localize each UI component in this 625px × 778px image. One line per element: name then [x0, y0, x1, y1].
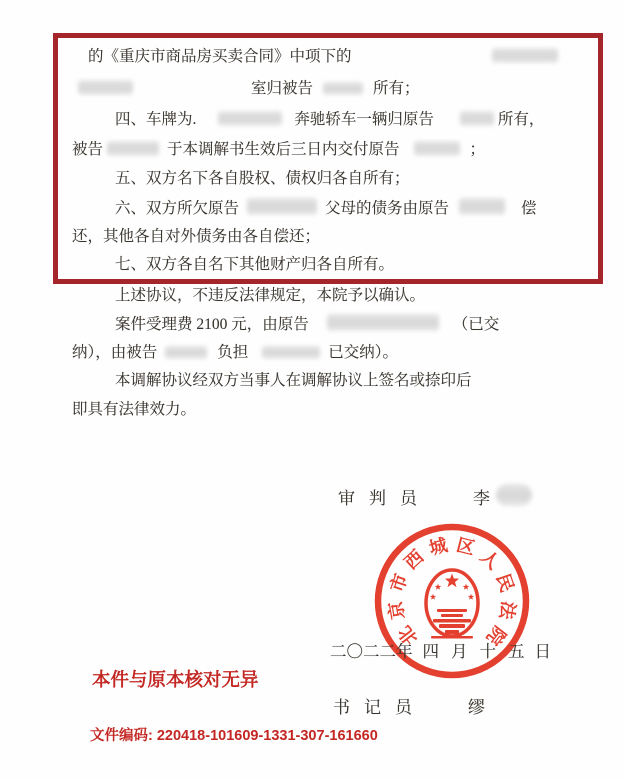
redaction-blur [165, 346, 207, 359]
document-line: 的《重庆市商品房买卖合同》中项下的 [88, 47, 558, 67]
spacer [133, 92, 251, 93]
document-line: 本件与原本核对无异 [92, 668, 259, 692]
spacer [468, 656, 480, 657]
document-line: 纳），由被告负担已交纳）。 [72, 343, 398, 363]
line-text: 判 [369, 489, 386, 508]
spacer [313, 92, 323, 93]
spacer [352, 60, 492, 61]
line-text: 员 [395, 698, 412, 717]
spacer [496, 656, 508, 657]
document-line: 即具有法律效力。 [72, 400, 196, 420]
redaction-blur [218, 111, 282, 126]
document-line: 四、车牌为.奔驰轿车一辆归原告所有， [115, 110, 544, 130]
spacer [460, 153, 470, 154]
document-line: 案件受理费 2100 元，由原告（已交 [115, 314, 499, 335]
line-text: 缪 [468, 698, 485, 717]
document-line: 书记员缪 [333, 697, 485, 719]
document-text-layer: 的《重庆市商品房买卖合同》中项下的室归被告所有；四、车牌为.奔驰轿车一辆归原告所… [0, 0, 625, 778]
line-text: 所有， [498, 111, 545, 128]
redaction-blur [107, 141, 159, 156]
document-line: 二〇二二年四月十五日 [330, 641, 551, 662]
line-text: 审 [338, 489, 355, 508]
spacer [157, 356, 165, 357]
spacer [159, 153, 167, 154]
document-line: 审判员李 [338, 484, 532, 510]
document-line: 七、双方各自名下其他财产归各自所有。 [115, 255, 394, 275]
line-text: 纳），由被告 [72, 344, 157, 361]
line-text: 偿 [521, 200, 537, 217]
document-line: 还，其他各自对外债务由各自偿还； [72, 227, 320, 247]
spacer [317, 212, 325, 213]
redaction-blur [414, 141, 460, 156]
line-text: 六、双方所欠原告 [115, 200, 239, 217]
spacer [355, 503, 369, 504]
line-text: 父母的债务由原告 [325, 200, 449, 217]
line-text: 还，其他各自对外债务由各自偿还； [72, 228, 320, 245]
line-text: 已交纳）。 [328, 344, 398, 361]
line-text: 文件编码: 220418-101609-1331-307-161660 [90, 728, 378, 744]
scanned-court-document: 北京市西城区人民法院 的《重庆市商品房买卖合同》中项下的室归被告所有；四、车牌为… [0, 0, 625, 778]
line-text: 四 [423, 642, 440, 661]
spacer [413, 656, 423, 657]
spacer [363, 92, 373, 93]
spacer [309, 328, 327, 329]
spacer [350, 712, 364, 713]
spacer [439, 656, 451, 657]
redaction-blur [496, 484, 532, 506]
redaction-blur [327, 314, 439, 331]
line-text: 的《重庆市商品房买卖合同》中项下的 [88, 48, 352, 65]
line-text: 书 [333, 698, 350, 717]
spacer [386, 503, 400, 504]
line-text: 五、双方名下各自股权、债权归各自所有； [115, 170, 410, 187]
line-text: 月 [451, 642, 468, 661]
line-text: 十 [480, 642, 497, 661]
spacer [239, 212, 247, 213]
spacer [434, 123, 460, 124]
spacer [490, 503, 496, 504]
redaction-blur [262, 346, 320, 359]
spacer [196, 123, 218, 124]
line-text: 李 [473, 489, 490, 508]
redaction-blur [459, 198, 505, 215]
spacer [282, 123, 294, 124]
line-text: 七、双方各自名下其他财产归各自所有。 [115, 256, 394, 273]
spacer [400, 153, 414, 154]
document-line: 五、双方名下各自股权、债权归各自所有； [115, 169, 410, 189]
redaction-blur [78, 80, 133, 95]
spacer [248, 356, 262, 357]
spacer [525, 656, 535, 657]
line-text: 即具有法律效力。 [72, 401, 196, 418]
document-line: 文件编码: 220418-101609-1331-307-161660 [90, 727, 378, 746]
spacer [449, 212, 459, 213]
redaction-blur [492, 48, 558, 63]
document-line: 上述协议，不违反法律规定，本院予以确认。 [115, 286, 425, 306]
line-text: 于本调解书生效后三日内交付原告 [167, 141, 400, 158]
line-text: 被告 [72, 141, 103, 158]
spacer [505, 212, 521, 213]
line-text: 二〇二二年 [330, 642, 413, 661]
document-line: 室归被告所有； [78, 79, 420, 99]
line-text: （已交 [453, 316, 500, 333]
redaction-blur [323, 82, 363, 95]
line-text: 四、车牌为. [115, 111, 196, 128]
line-text: 本调解协议经双方当事人在调解协议上签名或捺印后 [115, 372, 472, 389]
line-text: 室归被告 [251, 80, 313, 97]
line-text: 上述协议，不违反法律规定，本院予以确认。 [115, 287, 425, 304]
line-text: 员 [400, 489, 417, 508]
spacer [439, 328, 453, 329]
line-text: 案件受理费 2100 元，由原告 [115, 316, 309, 333]
spacer [207, 356, 217, 357]
document-line: 被告于本调解书生效后三日内交付原告； [72, 140, 485, 160]
line-text: ； [470, 141, 486, 158]
line-text: 所有； [373, 80, 420, 97]
line-text: 本件与原本核对无异 [92, 669, 259, 690]
line-text: 五 [508, 642, 525, 661]
line-text: 日 [535, 642, 552, 661]
spacer [381, 712, 395, 713]
redaction-blur [247, 198, 317, 215]
document-line: 本调解协议经双方当事人在调解协议上签名或捺印后 [115, 371, 472, 391]
line-text: 负担 [217, 344, 248, 361]
spacer [412, 712, 468, 713]
line-text: 记 [364, 698, 381, 717]
line-text: 奔驰轿车一辆归原告 [294, 111, 434, 128]
spacer [417, 503, 473, 504]
document-line: 六、双方所欠原告父母的债务由原告偿 [115, 198, 537, 219]
redaction-blur [460, 111, 494, 126]
